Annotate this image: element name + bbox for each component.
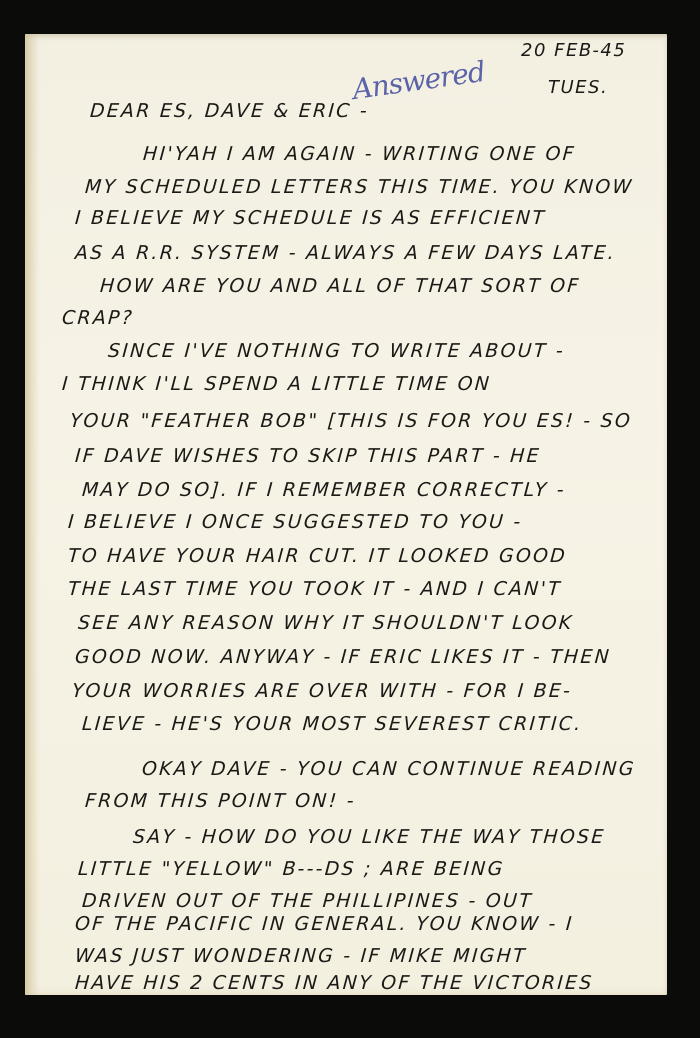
letter-line: How are you and all of that sort of <box>99 275 581 297</box>
letter-line: I believe I once suggested to you - <box>67 511 523 533</box>
letter-line: lieve - he's your most severest critic. <box>81 713 583 735</box>
letter-line: I believe my schedule is as efficient <box>74 207 547 229</box>
letter-line: see any reason why it shouldn't look <box>77 612 574 634</box>
letter-line: Hi'yah I am again - writing one of <box>142 143 576 165</box>
letter-line: little "Yellow" B---ds ; are being <box>77 858 505 880</box>
letter-line: from this point on! - <box>84 790 356 812</box>
letter-line: Okay Dave - you can continue reading <box>141 758 636 780</box>
letter-line: your "Feather Bob" [This is for you Es! … <box>69 410 633 432</box>
letter-line: as a R.R. system - always a few days lat… <box>74 242 617 264</box>
letter-line: have his 2 cents in any of the victories <box>74 972 594 994</box>
letter-line: your worries are over with - for I be- <box>71 680 573 702</box>
salutation: Dear Es, Dave & Eric - <box>89 100 370 122</box>
letter-line: if Dave wishes to skip this part - he <box>74 445 541 467</box>
letter-line: crap? <box>61 307 135 329</box>
letter-line: the last time you took it - and I can't <box>67 578 562 600</box>
letter-line: driven out of the Phillipines - out <box>81 890 533 912</box>
letter-line: Say - how do you like the way those <box>132 826 606 848</box>
letter-line: good now. Anyway - if Eric likes it - th… <box>74 646 612 668</box>
letter-line: of the Pacific in general. You know - I <box>74 913 574 935</box>
letter-line: to have your hair cut. It looked good <box>67 545 568 567</box>
letter-line: may do so]. If I remember correctly - <box>81 479 566 501</box>
letter-line: I think I'll spend a little time on <box>61 373 492 395</box>
letter-date: 20 FEB-45 <box>521 40 626 61</box>
letter-line: was just wondering - if Mike might <box>74 945 527 967</box>
letter-line: my scheduled letters this time. You know <box>84 176 634 198</box>
letter-line: Since I've nothing to write about - <box>107 340 565 362</box>
letter-day: TUES. <box>548 77 608 98</box>
